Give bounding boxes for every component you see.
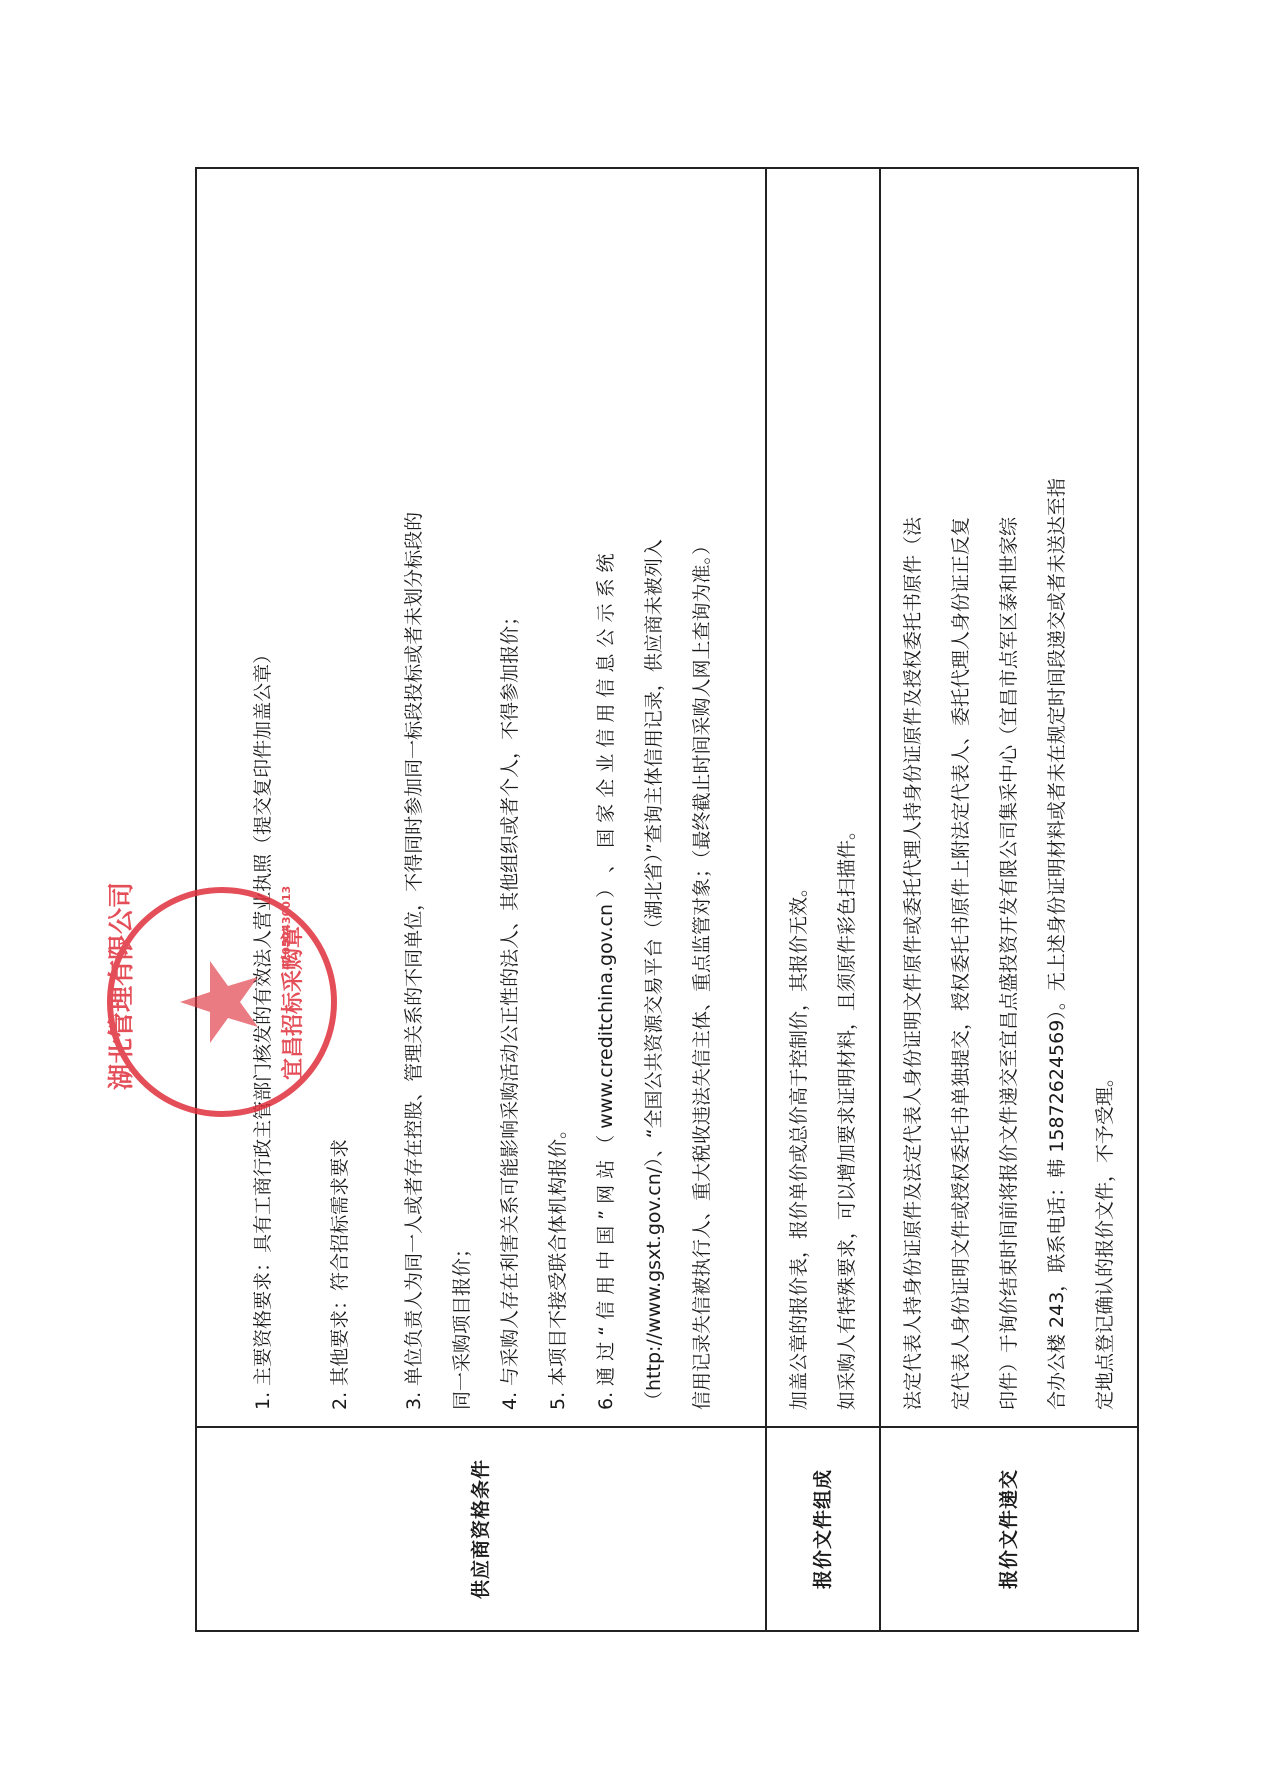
row-label-qualification: 供应商资格条件 <box>196 1427 766 1631</box>
text-line: 信用记录失信被执行人、重大税收违法失信主体、重点监管对象；（最终截止时间采购人网… <box>678 185 726 1410</box>
text-line: 定代表人身份证明文件或授权委托书单独提交，授权委托书原件上附法定代表人、委托代理… <box>937 185 985 1410</box>
table-row: 供应商资格条件 1. 主要资格要求：具有工商行政主管部门核发的有效法人营业执照（… <box>196 168 766 1631</box>
row-content-composition: 加盖公章的报价表，报价单价或总价高于控制价，其报价无效。 如采购人有特殊要求，可… <box>766 168 880 1427</box>
text-line: 同一采购项目报价； <box>438 185 486 1410</box>
text-line: 加盖公章的报价表，报价单价或总价高于控制价，其报价无效。 <box>775 185 823 1410</box>
text-line: 如采购人有特殊要求，可以增加要求证明材料，且须原件彩色扫描件。 <box>823 185 871 1410</box>
text-line: 定地点登记确认的报价文件，不予受理。 <box>1081 185 1129 1410</box>
svg-text:湖北管理有限公司: 湖北管理有限公司 <box>106 882 137 1090</box>
text-line: 4. 与采购人存在利害关系可能影响采购活动公正性的法人、其他组织或者个人，不得参… <box>486 185 534 1410</box>
text-line: 6. 通 过 “ 信 用 中 国 ” 网 站 （ www.creditchina… <box>582 185 630 1410</box>
text-line: 1. 主要资格要求：具有工商行政主管部门核发的有效法人营业执照（提交复印件加盖公… <box>236 185 291 1410</box>
row-label-submission: 报价文件递交 <box>880 1427 1138 1631</box>
row-content-submission: 法定代表人持身份证原件及法定代表人身份证明文件原件或委托代理人持身份证原件及授权… <box>880 168 1138 1427</box>
text-line: 2. 其他要求：符合招标需求要求 <box>313 185 368 1410</box>
text-line: 法定代表人持身份证原件及法定代表人身份证明文件原件或委托代理人持身份证原件及授权… <box>889 185 937 1410</box>
text-line: 5. 本项目不接受联合体机构报价。 <box>534 185 582 1410</box>
table-row: 报价文件递交 法定代表人持身份证原件及法定代表人身份证明文件原件或委托代理人持身… <box>880 168 1138 1631</box>
text-line: 印件）于询价结束时间前将报价文件递交至宜昌点盛投资开发有限公司集采中心（宜昌市点… <box>985 185 1033 1410</box>
text-line: 合办公楼 243，联系电话：韩 15872624569）。无上述身份证明材料或者… <box>1033 185 1081 1410</box>
text-line: （http://www.gsxt.gov.cn/）、“全国公共资源交易平台（湖北… <box>630 185 678 1410</box>
table-row: 报价文件组成 加盖公章的报价表，报价单价或总价高于控制价，其报价无效。 如采购人… <box>766 168 880 1631</box>
text-line: 3. 单位负责人为同一人或者存在控股、管理关系的不同单位，不得同时参加同一标段投… <box>390 185 438 1410</box>
rotated-page: 供应商资格条件 1. 主要资格要求：具有工商行政主管部门核发的有效法人营业执照（… <box>195 167 1080 1632</box>
row-content-qualification: 1. 主要资格要求：具有工商行政主管部门核发的有效法人营业执照（提交复印件加盖公… <box>196 168 766 1427</box>
procurement-table: 供应商资格条件 1. 主要资格要求：具有工商行政主管部门核发的有效法人营业执照（… <box>195 167 1139 1632</box>
row-label-composition: 报价文件组成 <box>766 1427 880 1631</box>
